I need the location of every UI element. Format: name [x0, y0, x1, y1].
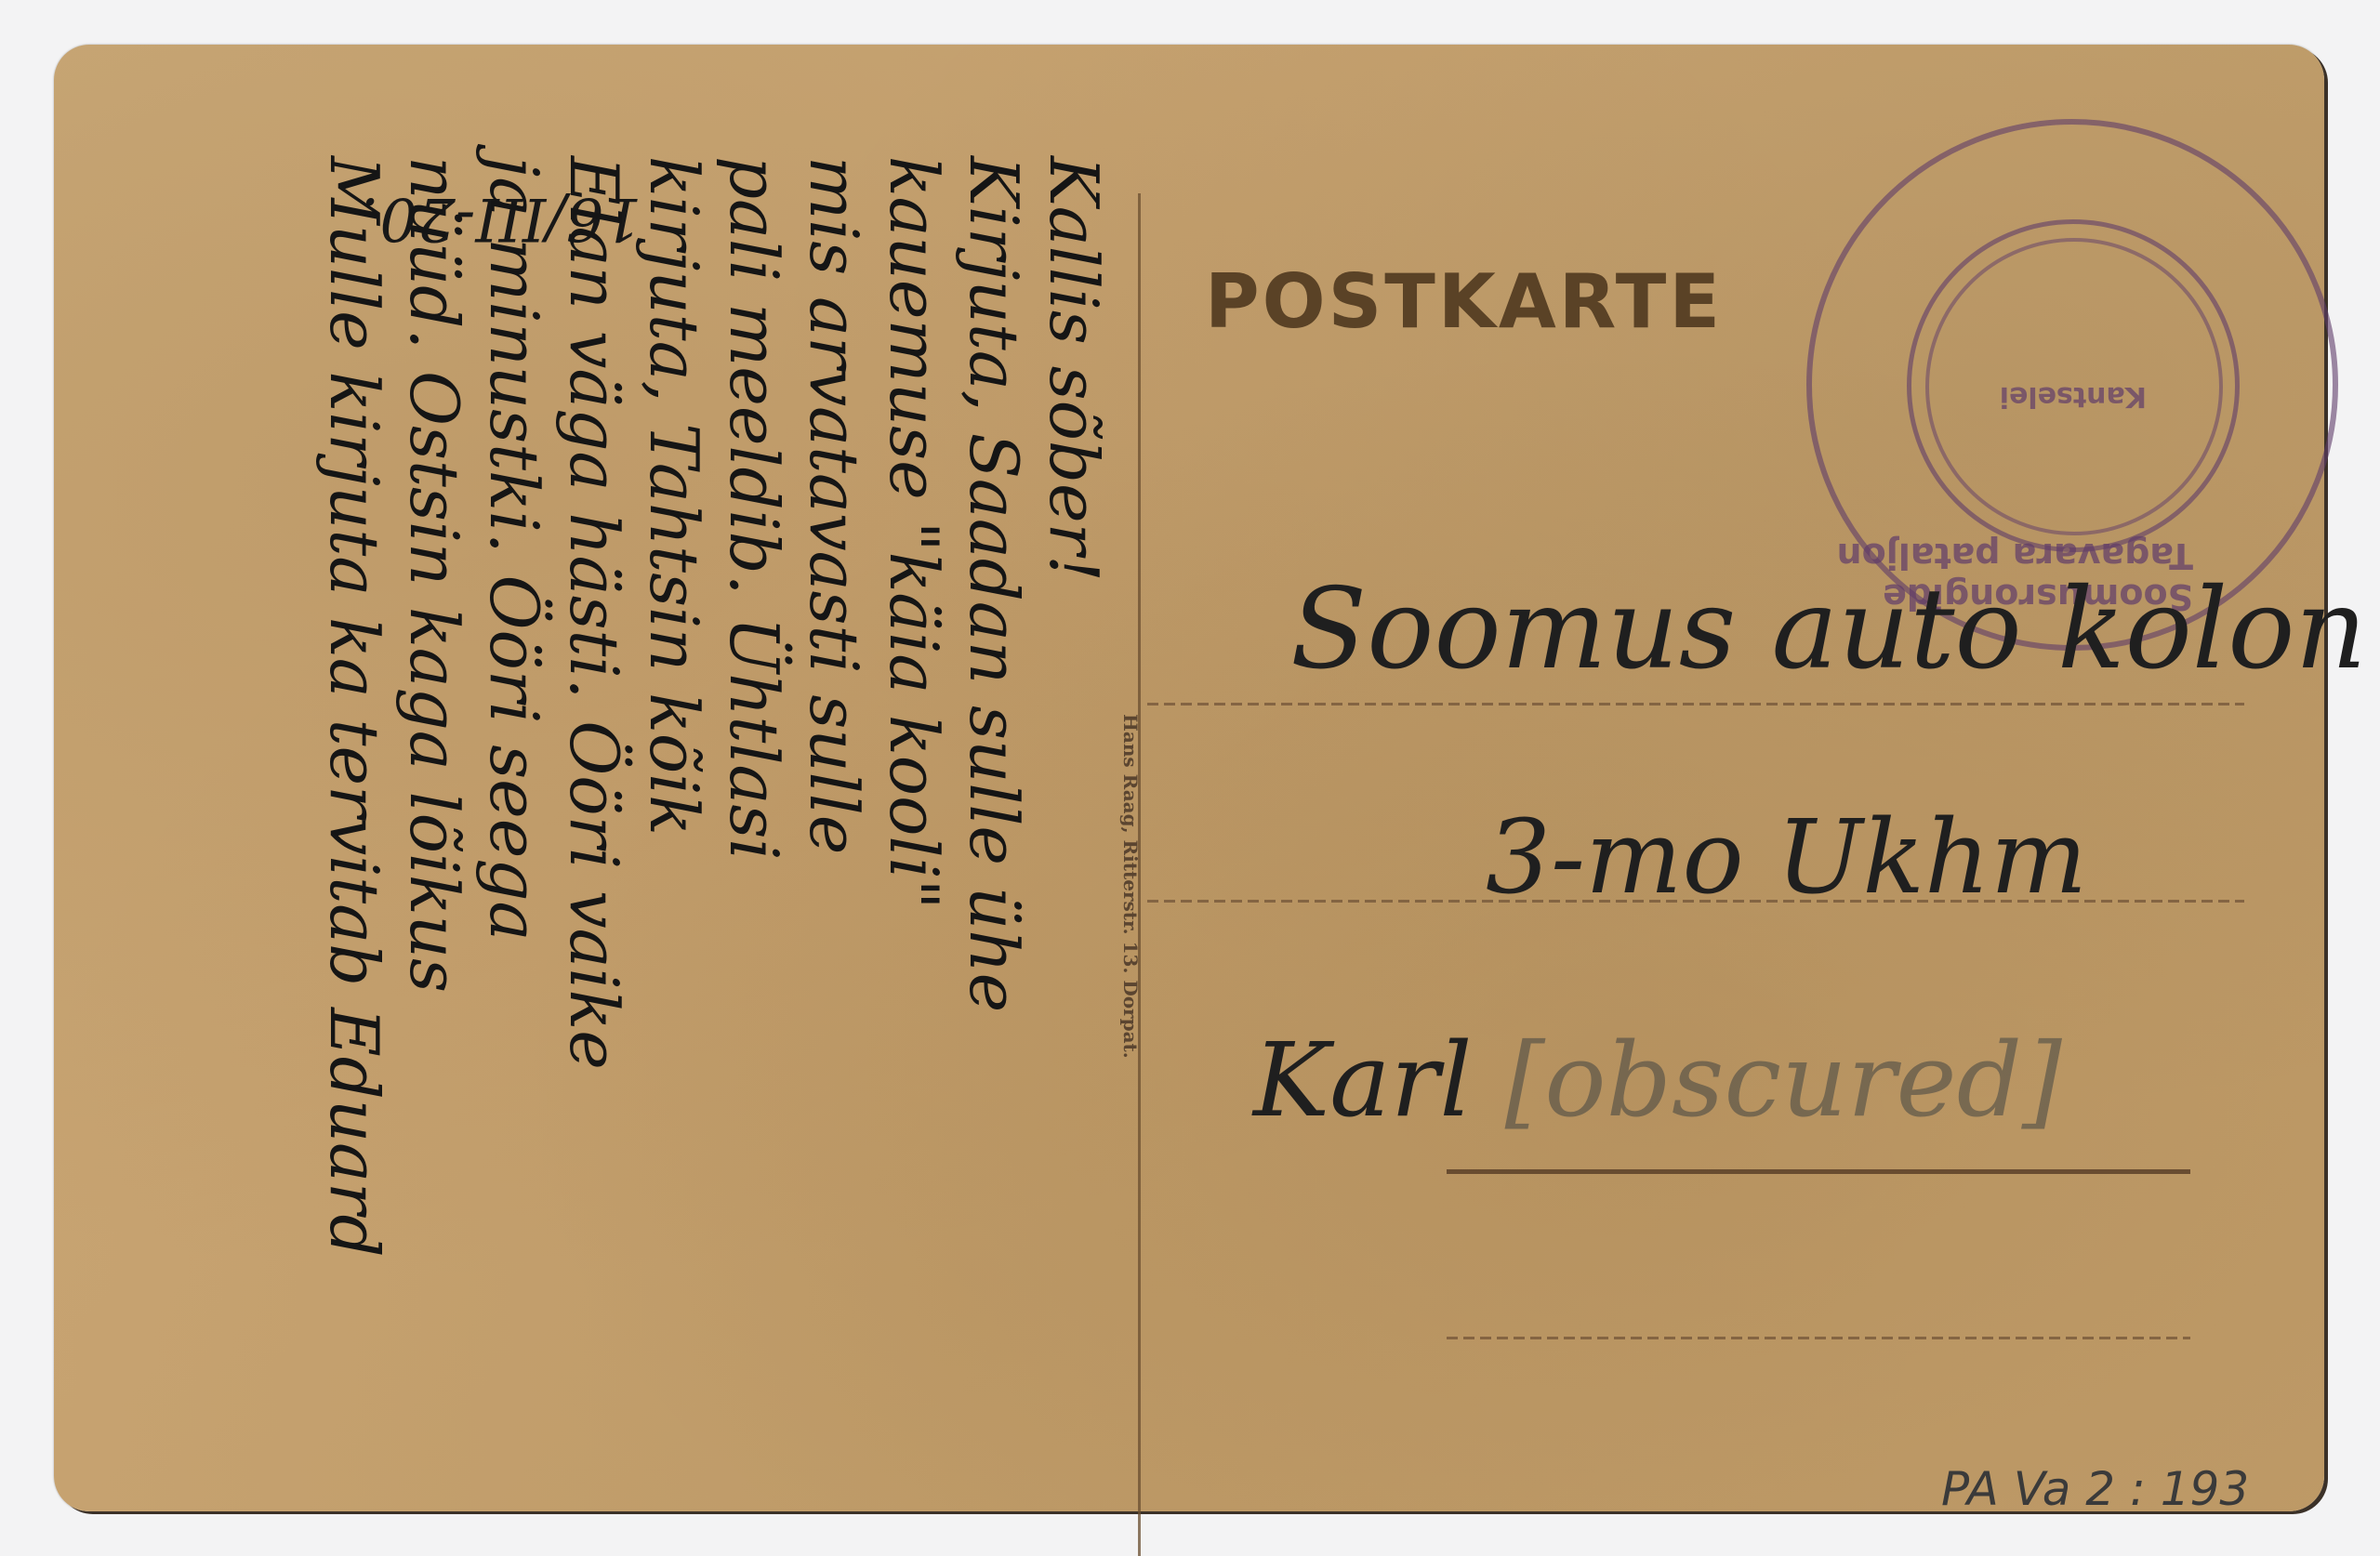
- handwritten-message: Kallis sõber! Kirjuta, Saadan sulle ühe …: [314, 156, 1114, 1258]
- message-greeting: Kallis sõber!: [1034, 156, 1114, 1258]
- message-line: kauemuse "käia kooli": [874, 156, 954, 1258]
- stamp-inner-text: Kantselei: [2000, 380, 2147, 413]
- postcard: POSTKARTE Hans Raag, Ritterstr. 13. Dorp…: [54, 45, 2324, 1511]
- address-rule-1: [1147, 703, 2244, 705]
- recipient-surname-obscured: [obscured]: [1505, 1021, 2062, 1140]
- message-line: nüüd. Ostsin kaga lõikus: [394, 156, 474, 1258]
- message-line: Mulle kirjuta ka tervitab Eduard: [314, 156, 394, 1258]
- address-line-3: Karl [obscured]: [1253, 1021, 2062, 1140]
- address-line-1: Soomus auto kolon: [1290, 565, 2367, 694]
- message-line: mis arvatavasti sulle: [794, 156, 874, 1258]
- address-rule-3: [1447, 1169, 2190, 1174]
- message-line: Elan väga hästi. Ööri vaike: [554, 156, 634, 1258]
- address-rule-4: [1447, 1337, 2190, 1339]
- printer-imprint: Hans Raag, Ritterstr. 13. Dorpat.: [1119, 714, 1142, 1059]
- message-line: Kirjuta, Saadan sulle ühe: [954, 156, 1034, 1258]
- postcard-heading: POSTKARTE: [1205, 258, 1723, 345]
- recipient-first-name: Karl: [1253, 1021, 1473, 1140]
- address-line-2: 3-mo Ukhm: [1486, 798, 2087, 916]
- message-line: ja minustki. Ööri seega: [474, 156, 554, 1258]
- message-line: kirjuta, Tahtsin kõik: [634, 156, 714, 1258]
- archive-mark: PA Va 2 : 193: [1941, 1462, 2249, 1516]
- message-line: pali meeldib. Ühtlasi: [714, 156, 794, 1258]
- address-rule-2: [1147, 900, 2244, 903]
